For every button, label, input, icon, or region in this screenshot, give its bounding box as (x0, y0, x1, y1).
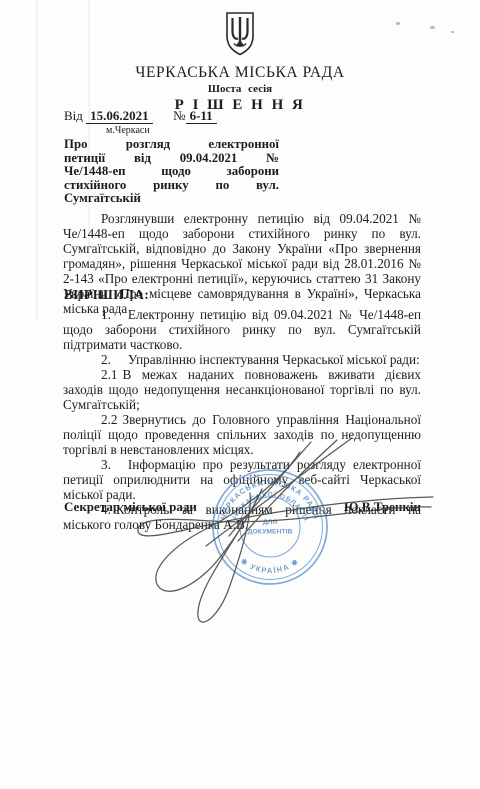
date-prefix: Від (64, 108, 83, 123)
item-number: 1. (101, 307, 111, 322)
resolved-label: ВИРІШИЛА: (64, 287, 149, 303)
council-name: ЧЕРКАСЬКА МІСЬКА РАДА (0, 64, 480, 82)
resolution-item-2-2: 2.2Звернутись до Головного управління На… (63, 412, 421, 457)
resolution-item-1: 1.Електронну петицію від 09.04.2021 № Че… (63, 307, 421, 352)
item-number: 2.1 (101, 367, 117, 382)
item-number: 2. (101, 352, 111, 367)
subject-line: Про розгляд електронної (64, 138, 279, 152)
document-page: ЧЕРКАСЬКА МІСЬКА РАДА Шоста сесія Р І Ш … (0, 0, 480, 789)
date-number-line: Від 15.06.2021 №6-11 м.Черкаси (64, 108, 217, 136)
subject-line: петиції від 09.04.2021 № (64, 152, 279, 166)
item-number: 2.2 (101, 412, 117, 427)
item-text: Електронну петицію від 09.04.2021 № Че/1… (63, 307, 421, 352)
signer-title: Секретар міської ради (64, 499, 197, 515)
subject-line: стихійного ринку по вул. (64, 179, 279, 193)
subject-line: Че/1448-еп щодо заборони (64, 165, 279, 179)
ukraine-trident-emblem-icon (222, 10, 258, 56)
subject-line: Сумгаїтській (64, 192, 279, 206)
resolution-item-2: 2.Управлінню інспектування Черкаської мі… (63, 352, 421, 367)
decision-date: 15.06.2021 (86, 108, 153, 124)
session-label: Шоста сесія (0, 83, 480, 95)
number-sign: № (173, 108, 185, 123)
document-header: ЧЕРКАСЬКА МІСЬКА РАДА Шоста сесія Р І Ш … (0, 10, 480, 114)
item-number: 3. (101, 457, 111, 472)
decision-number: 6-11 (186, 108, 217, 124)
item-text: Управлінню інспектування Черкаської місь… (128, 352, 420, 367)
resolution-item-2-1: 2.1В межах наданих повноважень вживати д… (63, 367, 421, 412)
signer-name: Ю.В.Тренкін (344, 499, 421, 515)
city-label: м.Черкаси (106, 125, 217, 136)
stamp-ring-bottom-text: ✱ УКРАЇНА ✱ (239, 556, 301, 575)
stamp-center-line2: ДОКУМЕНТІВ (248, 529, 293, 536)
subject-paragraph: Про розгляд електронної петиції від 09.0… (64, 138, 279, 206)
official-round-stamp: ЧЕРКАСЬКА МІСЬКА РАДА ЧЕРКАСЬКОЇ ОБЛАСТІ… (204, 461, 336, 593)
svg-text:✱ УКРАЇНА ✱: ✱ УКРАЇНА ✱ (239, 556, 301, 575)
stamp-center-line1: ДЛЯ (263, 519, 278, 526)
